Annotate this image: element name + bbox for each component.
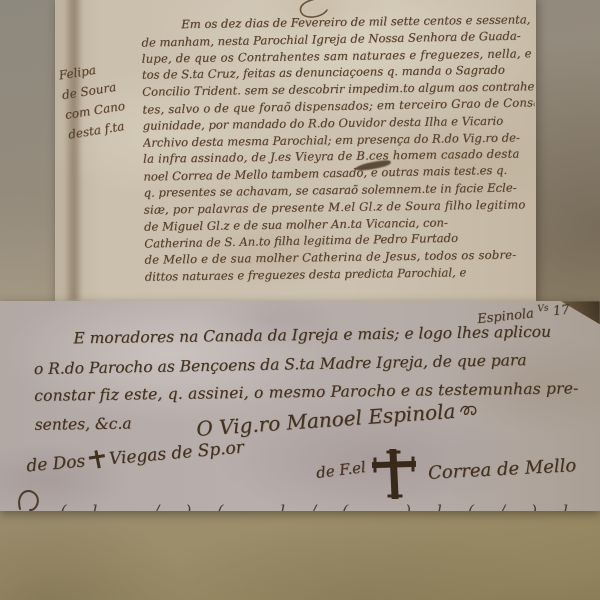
cutoff-text-strokes: ( l , / ) ( . l / ( , ) l ( / ) l , bbox=[0, 502, 600, 511]
page-gutter-shadow bbox=[65, 0, 81, 301]
manuscript-photo: Felipa de Soura com Cano desta f.ta Em o… bbox=[0, 0, 600, 600]
folio-mark: Vs bbox=[537, 303, 549, 314]
signature-cross-icon bbox=[88, 450, 106, 469]
register-entry-text: Em os dez dias de Fevereiro de mil sette… bbox=[141, 11, 537, 285]
witness-signature-left: de DosViegas de Sp.or bbox=[26, 438, 245, 477]
signature-cross-icon bbox=[372, 449, 416, 499]
manuscript-fragment-top: Felipa de Soura com Cano desta f.ta Em o… bbox=[55, 0, 536, 301]
manuscript-fragment-bottom: Espinola Vs 17 E moradores na Canada da … bbox=[0, 301, 600, 511]
witness-left-name: Viegas de Sp.or bbox=[108, 438, 244, 470]
witness-signature-right: Correa de Mello bbox=[428, 455, 577, 484]
witness-left-prefix: de Dos bbox=[26, 451, 86, 476]
witness-right-prefix: de F.el bbox=[315, 458, 367, 482]
rubric-flourish-icon bbox=[458, 402, 481, 419]
